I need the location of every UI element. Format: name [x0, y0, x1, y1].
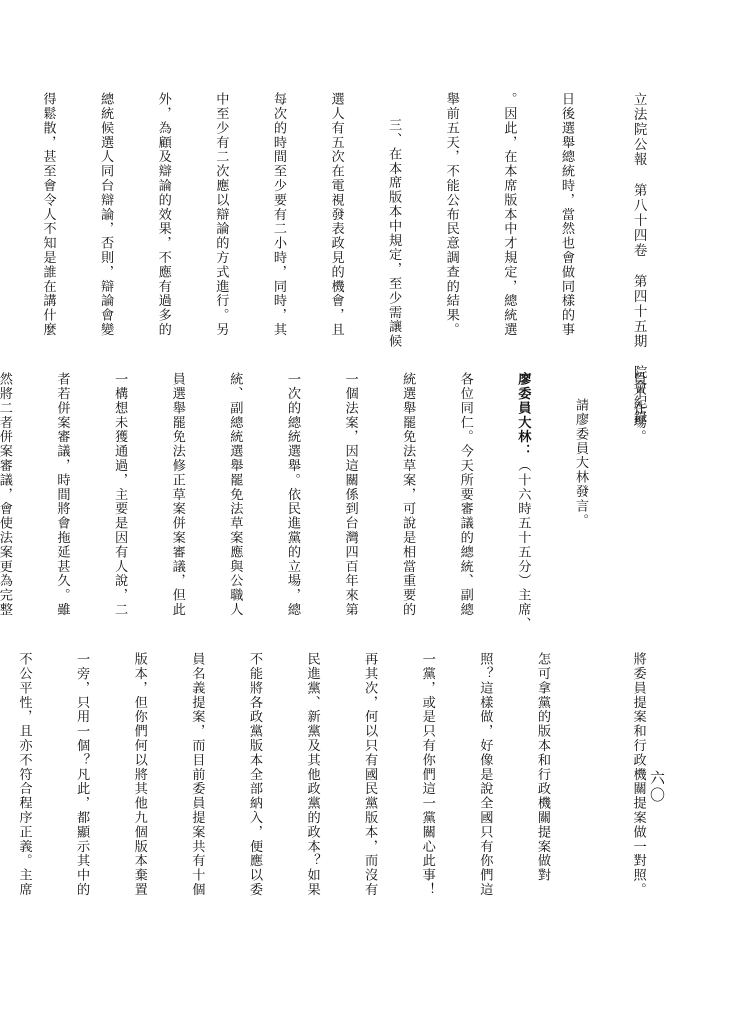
- text-column: 外，為顧及辯論的效果，不應有過多的: [154, 92, 173, 342]
- text-column: 怎可拿黨的版本和行政機關提案做對: [533, 652, 552, 912]
- text-column: 各位同仁。今天所要審議的總統、副總: [456, 372, 475, 632]
- text-column: 者若併案審議，時間將會拖延甚久。雖: [52, 372, 71, 632]
- text-column: 將委員提案和行政機關提案做一對照。: [628, 652, 647, 912]
- volume-label: 第八十四卷: [631, 183, 647, 258]
- text-column: 中至少有二次應以辯論的方式進行。另: [211, 92, 230, 342]
- text-column: 統、副總統選舉罷免法草案應與公職人: [225, 372, 244, 632]
- text-column: 員不在場。: [628, 372, 647, 632]
- text-band-middle: 員不在場。 請廖委員大林發言。 廖委員大林：（十六時五十五分）主席、 各位同仁。…: [0, 372, 686, 632]
- text-column: 一個法案，因這關係到台灣四百年來第: [340, 372, 359, 632]
- publication-title: 立法院公報: [631, 92, 647, 167]
- page-header: 立法院公報第八十四卷第四十五期院會紀錄: [628, 92, 647, 342]
- text-band-top: 立法院公報第八十四卷第四十五期院會紀錄 日後選舉總統時，當然也會做同樣的事 。因…: [0, 92, 686, 342]
- text-column: 總統候選人同台辯論，否則，辯論會變: [96, 92, 115, 342]
- text-column: 三、在本席版本中規定，至少需讓候: [384, 92, 403, 342]
- text-column: 舉前五天，不能公布民意調查的結果。: [442, 92, 461, 342]
- text-column: 一次的總統選舉。依民進黨的立場，總: [283, 372, 302, 632]
- text-column: 選人有五次在電視發表政見的機會，且: [326, 92, 345, 342]
- text-column: 得鬆散，甚至會令人不知是誰在講什麼: [38, 92, 57, 342]
- text-column: 一構想未獲通過，主要是因有人說，二: [110, 372, 129, 632]
- text-column: 員名義提案，而目前委員提案共有十個: [187, 652, 206, 912]
- text-column: 不能將各政黨版本全部納入，便應以委: [245, 652, 264, 912]
- text-column: 請廖委員大林發言。: [571, 372, 590, 632]
- text-band-bottom: 將委員提案和行政機關提案做一對照。 怎可拿黨的版本和行政機關提案做對 照？這樣做…: [0, 652, 686, 912]
- text-column: 員選舉罷免法修正草案併案審議，但此: [168, 372, 187, 632]
- speaker-name: 廖委員大林：: [515, 372, 530, 458]
- text-column: 每次的時間至少要有二小時，同時，其: [269, 92, 288, 342]
- text-column: 。因此，在本席版本中才規定，總統選: [499, 92, 518, 342]
- text-column: 然將二者併案審議，會使法案更為完整: [0, 372, 14, 632]
- text-column: 民進黨、新黨及其他政黨的政本？如果: [302, 652, 321, 912]
- speaker-column: 廖委員大林：（十六時五十五分）主席、: [513, 372, 532, 632]
- text-column: 一黨，或是只有你們這一黨關心此事！: [418, 652, 437, 912]
- text-column: 版本，但你們何以將其他九個版本棄置: [130, 652, 149, 912]
- text-column: 再其次，何以只有國民黨版本，而沒有: [360, 652, 379, 912]
- text-column: 一旁，只用一個？凡此，都顯示其中的: [72, 652, 91, 912]
- text-column: 日後選舉總統時，當然也會做同樣的事: [557, 92, 576, 342]
- text-column: 不公平性，且亦不符合程序正義。主席: [14, 652, 33, 912]
- issue-label: 第四十五期: [631, 274, 647, 349]
- text-column: 照？這樣做，好像是說全國只有你們這: [475, 652, 494, 912]
- text-column: 統選舉罷免法草案，可說是相當重要的: [398, 372, 417, 632]
